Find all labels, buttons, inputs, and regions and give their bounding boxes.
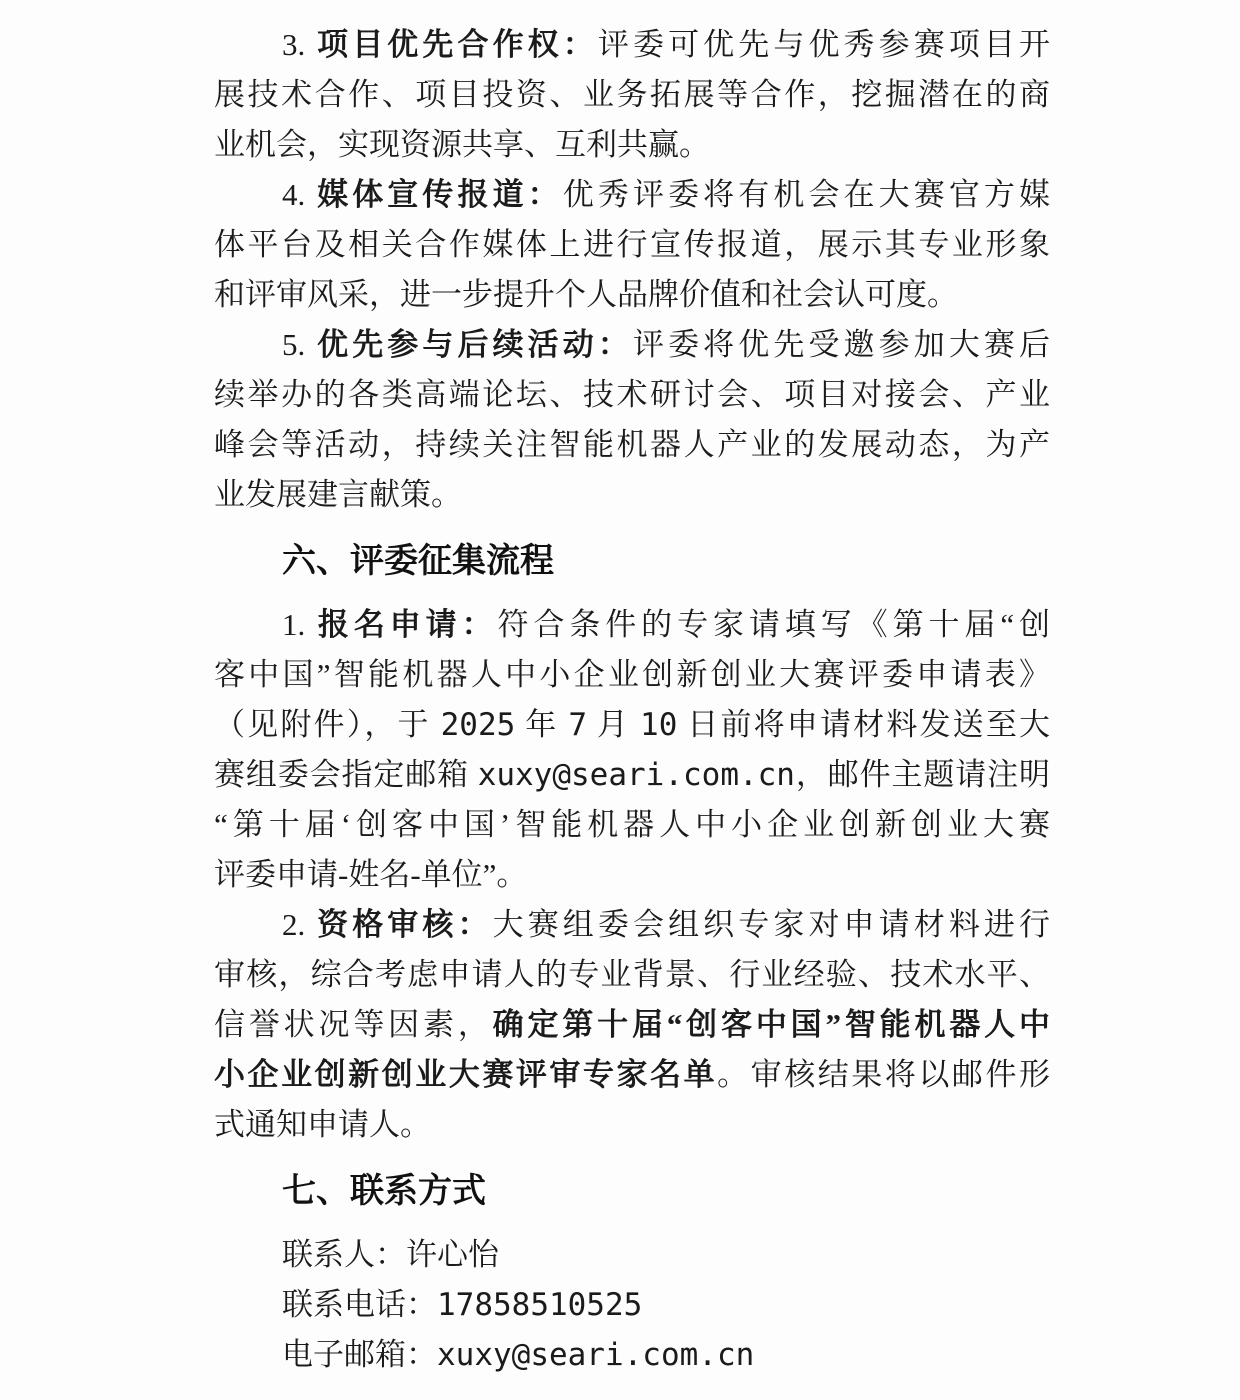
text-line: 小企业创新创业大赛评审专家名单。审核结果将以邮件形	[214, 1050, 1050, 1100]
paragraph-text: 2. 资格审核：大赛组委会组织专家对申请材料进行审核，综合考虑申请人的专业背景、…	[214, 900, 1050, 1150]
text-line: 续举办的各类高端论坛、技术研讨会、项目对接会、产业	[214, 370, 1050, 420]
paragraph-text: 4. 媒体宣传报道：优秀评委将有机会在大赛官方媒体平台及相关合作媒体上进行宣传报…	[214, 170, 1050, 320]
text-line: 式通知申请人。	[214, 1100, 1050, 1150]
text-line: 客中国”智能机器人中小企业创新创业大赛评委申请表》	[214, 650, 1050, 700]
text-line: 审核，综合考虑申请人的专业背景、行业经验、技术水平、	[214, 950, 1050, 1000]
text-line: 电子邮箱：xuxy@seari.com.cn	[214, 1330, 1050, 1380]
text-line: “第十届‘创客中国’智能机器人中小企业创新创业大赛	[214, 800, 1050, 850]
text-line: 4. 媒体宣传报道：优秀评委将有机会在大赛官方媒	[214, 170, 1050, 220]
item-3-project-priority-cooperation: 3. 项目优先合作权：评委可优先与优秀参赛项目开展技术合作、项目投资、业务拓展等…	[214, 20, 1050, 170]
text-line: 5. 优先参与后续活动：评委将优先受邀参加大赛后	[214, 320, 1050, 370]
text-line: 联系电话：17858510525	[214, 1280, 1050, 1330]
text-line: 2. 资格审核：大赛组委会组织专家对申请材料进行	[214, 900, 1050, 950]
text-line: 1. 报名申请：符合条件的专家请填写《第十届“创	[214, 600, 1050, 650]
paragraph-text: 5. 优先参与后续活动：评委将优先受邀参加大赛后续举办的各类高端论坛、技术研讨会…	[214, 320, 1050, 520]
paragraph-text: 3. 项目优先合作权：评委可优先与优秀参赛项目开展技术合作、项目投资、业务拓展等…	[214, 20, 1050, 170]
text-line: 业发展建言献策。	[214, 470, 1050, 520]
text-line: 赛组委会指定邮箱 xuxy@seari.com.cn，邮件主题请注明	[214, 750, 1050, 800]
text-line: 信誉状况等因素，确定第十届“创客中国”智能机器人中	[214, 1000, 1050, 1050]
section-6-heading: 六、评委征集流程	[214, 536, 1050, 586]
text-line: 和评审风采，进一步提升个人品牌价值和社会认可度。	[214, 270, 1050, 320]
section-7-heading: 七、联系方式	[214, 1166, 1050, 1216]
text-line: 展技术合作、项目投资、业务拓展等合作，挖掘潜在的商	[214, 70, 1050, 120]
paragraph-text: 1. 报名申请：符合条件的专家请填写《第十届“创客中国”智能机器人中小企业创新创…	[214, 600, 1050, 900]
text-line: 业机会，实现资源共享、互利共赢。	[214, 120, 1050, 170]
document-page: 3. 项目优先合作权：评委可优先与优秀参赛项目开展技术合作、项目投资、业务拓展等…	[0, 0, 1240, 1400]
text-line: 评委申请-姓名-单位”。	[214, 850, 1050, 900]
text-line: 联系人：许心怡	[214, 1230, 1050, 1280]
contact-lines: 联系人：许心怡联系电话：17858510525电子邮箱：xuxy@seari.c…	[214, 1230, 1050, 1380]
document-body: 3. 项目优先合作权：评委可优先与优秀参赛项目开展技术合作、项目投资、业务拓展等…	[214, 20, 1050, 1380]
item-5-follow-up-activities: 5. 优先参与后续活动：评委将优先受邀参加大赛后续举办的各类高端论坛、技术研讨会…	[214, 320, 1050, 520]
text-line: （见附件），于 2025 年 7 月 10 日前将申请材料发送至大	[214, 700, 1050, 750]
contact-info: 联系人：许心怡联系电话：17858510525电子邮箱：xuxy@seari.c…	[214, 1230, 1050, 1380]
item-1-application: 1. 报名申请：符合条件的专家请填写《第十届“创客中国”智能机器人中小企业创新创…	[214, 600, 1050, 900]
item-2-qualification-review: 2. 资格审核：大赛组委会组织专家对申请材料进行审核，综合考虑申请人的专业背景、…	[214, 900, 1050, 1150]
item-4-media-publicity: 4. 媒体宣传报道：优秀评委将有机会在大赛官方媒体平台及相关合作媒体上进行宣传报…	[214, 170, 1050, 320]
text-line: 峰会等活动，持续关注智能机器人产业的发展动态，为产	[214, 420, 1050, 470]
text-line: 体平台及相关合作媒体上进行宣传报道，展示其专业形象	[214, 220, 1050, 270]
text-line: 3. 项目优先合作权：评委可优先与优秀参赛项目开	[214, 20, 1050, 70]
